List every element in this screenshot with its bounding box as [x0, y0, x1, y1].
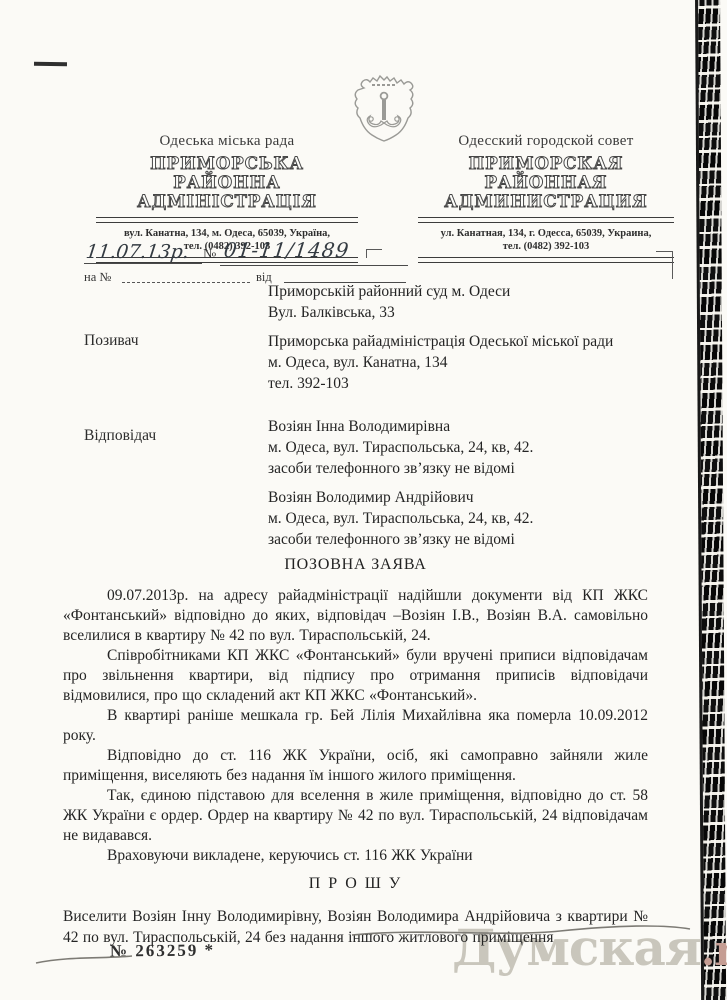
defendant1-name: Возіян Інна Володимирівна — [268, 416, 650, 437]
number-sign-label: № — [203, 247, 216, 263]
document-title: ПОЗОВНА ЗАЯВА — [63, 556, 648, 574]
org-address-ru: ул. Канатная, 134, г. Одесса, 65039, Укр… — [418, 227, 674, 253]
defendant1-block: Возіян Інна Володимирівна м. Одеса, вул.… — [268, 416, 650, 479]
defendant2-name: Возіян Володимир Андрійович — [268, 487, 650, 508]
addressee-block: Приморській районний суд м. Одеси Вул. Б… — [268, 281, 650, 323]
plaintiff-address: м. Одеса, вул. Канатна, 134 — [268, 352, 650, 373]
council-name-uk: Одеська міська рада — [96, 133, 358, 150]
defendant-label: Відповідач — [84, 427, 156, 445]
plaintiff-block: Приморська райадміністрація Одеської міс… — [268, 331, 650, 394]
on-number-blank — [122, 266, 250, 283]
council-name-ru: Одесский городской совет — [418, 133, 674, 150]
plaintiff-name: Приморська райадміністрація Одеської міс… — [268, 331, 650, 352]
body-paragraph: 09.07.2013р. на адресу райадміністрації … — [63, 586, 648, 646]
letterhead-russian: Одесский городской совет ПРИМОРСКАЯ РАЙО… — [418, 133, 674, 263]
date-underline — [84, 243, 202, 264]
on-number-label: на № — [84, 270, 111, 285]
watermark-suffix-text: .net — [701, 926, 727, 975]
odesa-anchor-coat-of-arms-icon — [350, 74, 418, 142]
scanned-court-filing-page: Одеська міська рада ПРИМОРСЬКА РАЙОННА А… — [0, 0, 727, 1000]
scan-artifact-dash — [34, 62, 67, 66]
body-paragraph: Відповідно до ст. 116 ЖК України, осіб, … — [63, 746, 648, 786]
scan-torn-edge — [695, 0, 726, 1000]
addressee-corner-mark-right — [656, 251, 673, 279]
body-paragraph: Так, єдиною підставою для вселення в жил… — [63, 786, 648, 846]
rule-top-right — [418, 217, 674, 223]
addressee-corner-mark-left — [366, 249, 382, 258]
registration-stamp-number: № 263259 * — [110, 940, 215, 961]
court-address: Вул. Балківська, 33 — [268, 302, 650, 323]
plaintiff-label: Позивач — [84, 332, 139, 350]
body-paragraph: Співробітниками КП ЖКС «Фонтанський» бул… — [63, 646, 648, 706]
defendant1-address: м. Одеса, вул. Тираспольська, 24, кв, 42… — [268, 437, 650, 458]
rule-bottom-right — [418, 257, 674, 263]
org-name-ru: ПРИМОРСКАЯ РАЙОННАЯ АДМИНИСТРАЦИЯ — [418, 154, 674, 211]
document-body: ПОЗОВНА ЗАЯВА 09.07.2013р. на адресу рай… — [63, 556, 648, 948]
body-paragraph: В квартирі раніше мешкала гр. Бей Лілія … — [63, 706, 648, 746]
body-paragraph: Враховуючи викладене, керуючись ст. 116 … — [63, 846, 648, 866]
rule-top-left — [96, 217, 358, 223]
defendant2-contact: засоби телефонного зв’язку не відомі — [268, 529, 650, 550]
defendant2-address: м. Одеса, вул. Тираспольська, 24, кв, 42… — [268, 508, 650, 529]
defendant1-contact: засоби телефонного зв’язку не відомі — [268, 458, 650, 479]
defendant2-block: Возіян Володимир Андрійович м. Одеса, ву… — [268, 487, 650, 550]
court-name: Приморській районний суд м. Одеси — [268, 281, 650, 302]
request-heading: П Р О Ш У — [63, 875, 648, 893]
plaintiff-phone: тел. 392-103 — [268, 373, 650, 394]
org-name-uk: ПРИМОРСЬКА РАЙОННА АДМІНІСТРАЦІЯ — [96, 154, 358, 211]
